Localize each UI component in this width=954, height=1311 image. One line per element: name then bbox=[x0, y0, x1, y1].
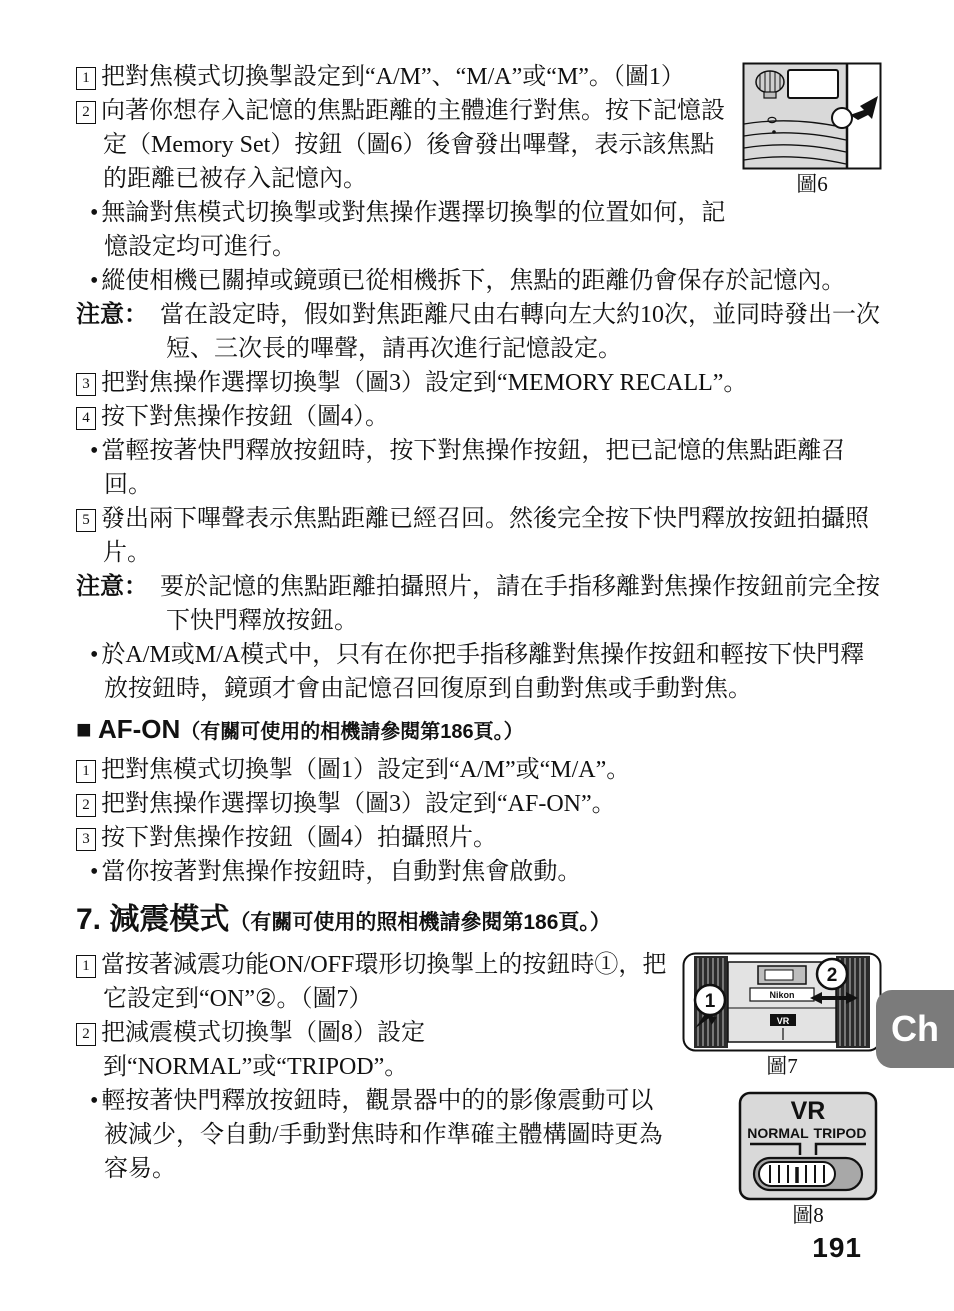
step-number-box: 2 bbox=[76, 101, 96, 124]
step-text: 把對焦模式切換掣（圖1）設定到“A/M”或“M/A”。 bbox=[101, 757, 630, 783]
vr-section-paren: （有關可使用的照相機請參閱第186頁。） bbox=[229, 911, 611, 934]
fig8-tripod-label: TRIPOD bbox=[814, 1125, 867, 1141]
figure-6-caption: 圖6 bbox=[742, 171, 882, 197]
step-memory-3: 3把對焦操作選擇切換掣（圖3）設定到“MEMORY RECALL”。 bbox=[76, 366, 882, 400]
page-number: 191 bbox=[812, 1232, 862, 1264]
lens-memory-set-button-illustration bbox=[742, 62, 882, 170]
step-afon-1: 1把對焦模式切換掣（圖1）設定到“A/M”或“M/A”。 bbox=[76, 753, 882, 787]
step-text: 按下對焦操作按鈕（圖4）拍攝照片。 bbox=[101, 825, 497, 851]
figure-8: VR NORMAL TRIPOD 圖8 bbox=[738, 1091, 878, 1228]
bullet-memory-retained: 縱使相機已關掉或鏡頭已從相機拆下，焦點的距離仍會保存於記憶內。 bbox=[76, 264, 882, 298]
fig8-vr-title: VR bbox=[791, 1097, 826, 1125]
step-number-box: 5 bbox=[76, 509, 96, 532]
vr-mode-switch-illustration: VR NORMAL TRIPOD bbox=[738, 1091, 878, 1201]
step-number-box: 2 bbox=[76, 1023, 96, 1046]
note-memory-set: 注意：當在設定時，假如對焦距離尺由右轉向左大約10次，並同時發出一次短、三次長的… bbox=[76, 298, 882, 366]
step-afon-2: 2把對焦操作選擇切換掣（圖3）設定到“AF-ON”。 bbox=[76, 787, 882, 821]
step-memory-4: 4按下對焦操作按鈕（圖4）。 bbox=[76, 400, 882, 434]
page-content: 圖6 1把對焦模式切換掣設定到“A/M”、“M/A”或“M”。（圖1） 2向著你… bbox=[76, 60, 882, 1236]
step-afon-3: 3按下對焦操作按鈕（圖4）拍攝照片。 bbox=[76, 821, 882, 855]
step-text: 把對焦操作選擇切換掣（圖3）設定到“MEMORY RECALL”。 bbox=[101, 370, 747, 396]
step-number-box: 1 bbox=[76, 760, 96, 783]
note-text: 當在設定時，假如對焦距離尺由右轉向左大約10次，並同時發出一次短、三次長的嗶聲，… bbox=[160, 302, 880, 362]
vr-ring-switch-illustration: Nikon VR 1 2 bbox=[682, 952, 882, 1052]
step-number-box: 1 bbox=[76, 67, 96, 90]
step-number-box: 2 bbox=[76, 794, 96, 817]
figure-7-8-column: Nikon VR 1 2 圖7 VR NORMAL bbox=[682, 952, 882, 1228]
afon-paren: （有關可使用的相機請參閱第186頁。） bbox=[180, 721, 523, 743]
brand-label: Nikon bbox=[769, 990, 794, 1000]
step-memory-5: 5發出兩下嗶聲表示焦點距離已經召回。然後完全按下快門釋放按鈕拍攝照片。 bbox=[76, 502, 882, 570]
step-text: 把對焦模式切換掣設定到“A/M”、“M/A”或“M”。（圖1） bbox=[101, 64, 685, 90]
chapter-tab-label: Ch bbox=[891, 1008, 939, 1050]
figure-8-caption: 圖8 bbox=[738, 1202, 878, 1228]
bullet-am-ma-mode: 於A/M或M/A模式中，只有在你把手指移離對焦操作按鈕和輕按下快門釋放按鈕時，鏡… bbox=[76, 638, 882, 706]
bullet-memory-anyposition: 無論對焦模式切換掣或對焦操作選擇切換掣的位置如何，記憶設定均可進行。 bbox=[76, 196, 882, 264]
figure-7: Nikon VR 1 2 圖7 bbox=[682, 952, 882, 1079]
vr-section-title: 7. 減震模式 bbox=[76, 903, 229, 936]
bullet-memory-recall: 當輕按著快門釋放按鈕時，按下對焦操作按鈕，把已記憶的焦點距離召回。 bbox=[76, 434, 882, 502]
step-text: 向著你想存入記憶的焦點距離的主體進行對焦。按下記憶設定（Memory Set）按… bbox=[101, 98, 725, 192]
note-label: 注意： bbox=[76, 574, 148, 600]
step-text: 當按著減震功能ON/OFF環形切換掣上的按鈕時①，把它設定到“ON”②。（圖7） bbox=[101, 952, 666, 1012]
step-text: 發出兩下嗶聲表示焦點距離已經召回。然後完全按下快門釋放按鈕拍攝照片。 bbox=[101, 506, 869, 566]
vr-section-header: 7. 減震模式（有關可使用的照相機請參閱第186頁。） bbox=[76, 895, 882, 948]
step-text: 把對焦操作選擇切換掣（圖3）設定到“AF-ON”。 bbox=[101, 791, 616, 817]
afon-title: ■ AF-ON bbox=[76, 714, 180, 744]
afon-section-header: ■ AF-ON（有關可使用的相機請參閱第186頁。） bbox=[76, 708, 882, 753]
note-text: 要於記憶的焦點距離拍攝照片，請在手指移離對焦操作按鈕前完全按下快門釋放按鈕。 bbox=[160, 574, 880, 634]
figure-6: 圖6 bbox=[742, 62, 882, 197]
bullet-afon-activate: 當你按著對焦操作按鈕時，自動對焦會啟動。 bbox=[76, 855, 882, 889]
step-number-box: 3 bbox=[76, 373, 96, 396]
chapter-tab: Ch bbox=[876, 990, 954, 1068]
step-number-box: 1 bbox=[76, 955, 96, 978]
callout-1: 1 bbox=[705, 991, 716, 1012]
step-text: 按下對焦操作按鈕（圖4）。 bbox=[101, 404, 389, 430]
fig8-normal-label: NORMAL bbox=[747, 1125, 809, 1141]
callout-2: 2 bbox=[827, 965, 838, 986]
step-number-box: 4 bbox=[76, 407, 96, 430]
step-text: 把減震模式切換掣（圖8）設定到“NORMAL”或“TRIPOD”。 bbox=[101, 1020, 425, 1080]
step-number-box: 3 bbox=[76, 828, 96, 851]
note-label: 注意： bbox=[76, 302, 148, 328]
note-memory-shoot: 注意：要於記憶的焦點距離拍攝照片，請在手指移離對焦操作按鈕前完全按下快門釋放按鈕… bbox=[76, 570, 882, 638]
vr-badge: VR bbox=[777, 1016, 790, 1026]
figure-7-caption: 圖7 bbox=[682, 1053, 882, 1079]
